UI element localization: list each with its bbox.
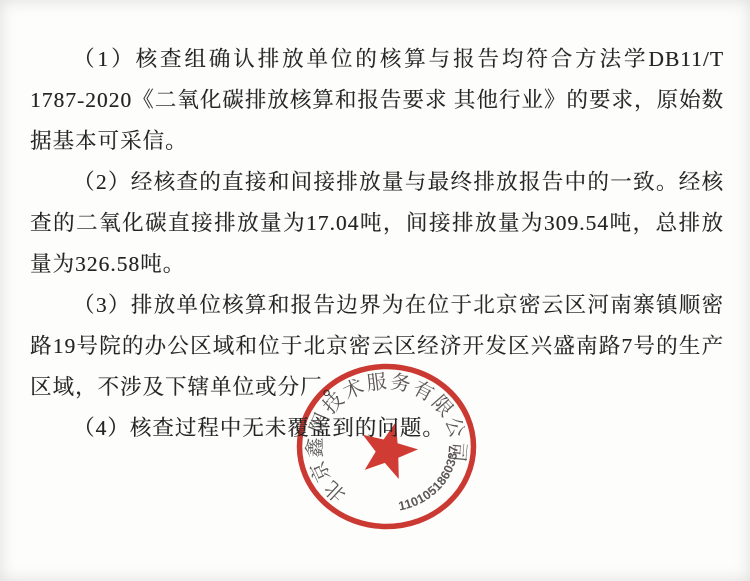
paragraph-accounting-compliance: （1）核查组确认排放单位的核算与报告均符合方法学DB11/T 1787-2020… [30, 39, 724, 162]
verification-conclusions: （1）核查组确认排放单位的核算与报告均符合方法学DB11/T 1787-2020… [0, 0, 750, 449]
paragraph-report-boundary: （3）排放单位核算和报告边界为在位于北京密云区河南寨镇顺密路19号院的办公区域和… [30, 285, 724, 408]
paragraph-no-open-issues: （4）核查过程中无未覆盖到的问题。 [30, 408, 724, 449]
paragraph-verified-emissions: （2）经核查的直接和间接排放量与最终排放报告中的一致。经核查的二氧化碳直接排放量… [30, 162, 724, 285]
scanned-report-page: （1）核查组确认排放单位的核算与报告均符合方法学DB11/T 1787-2020… [0, 0, 750, 581]
